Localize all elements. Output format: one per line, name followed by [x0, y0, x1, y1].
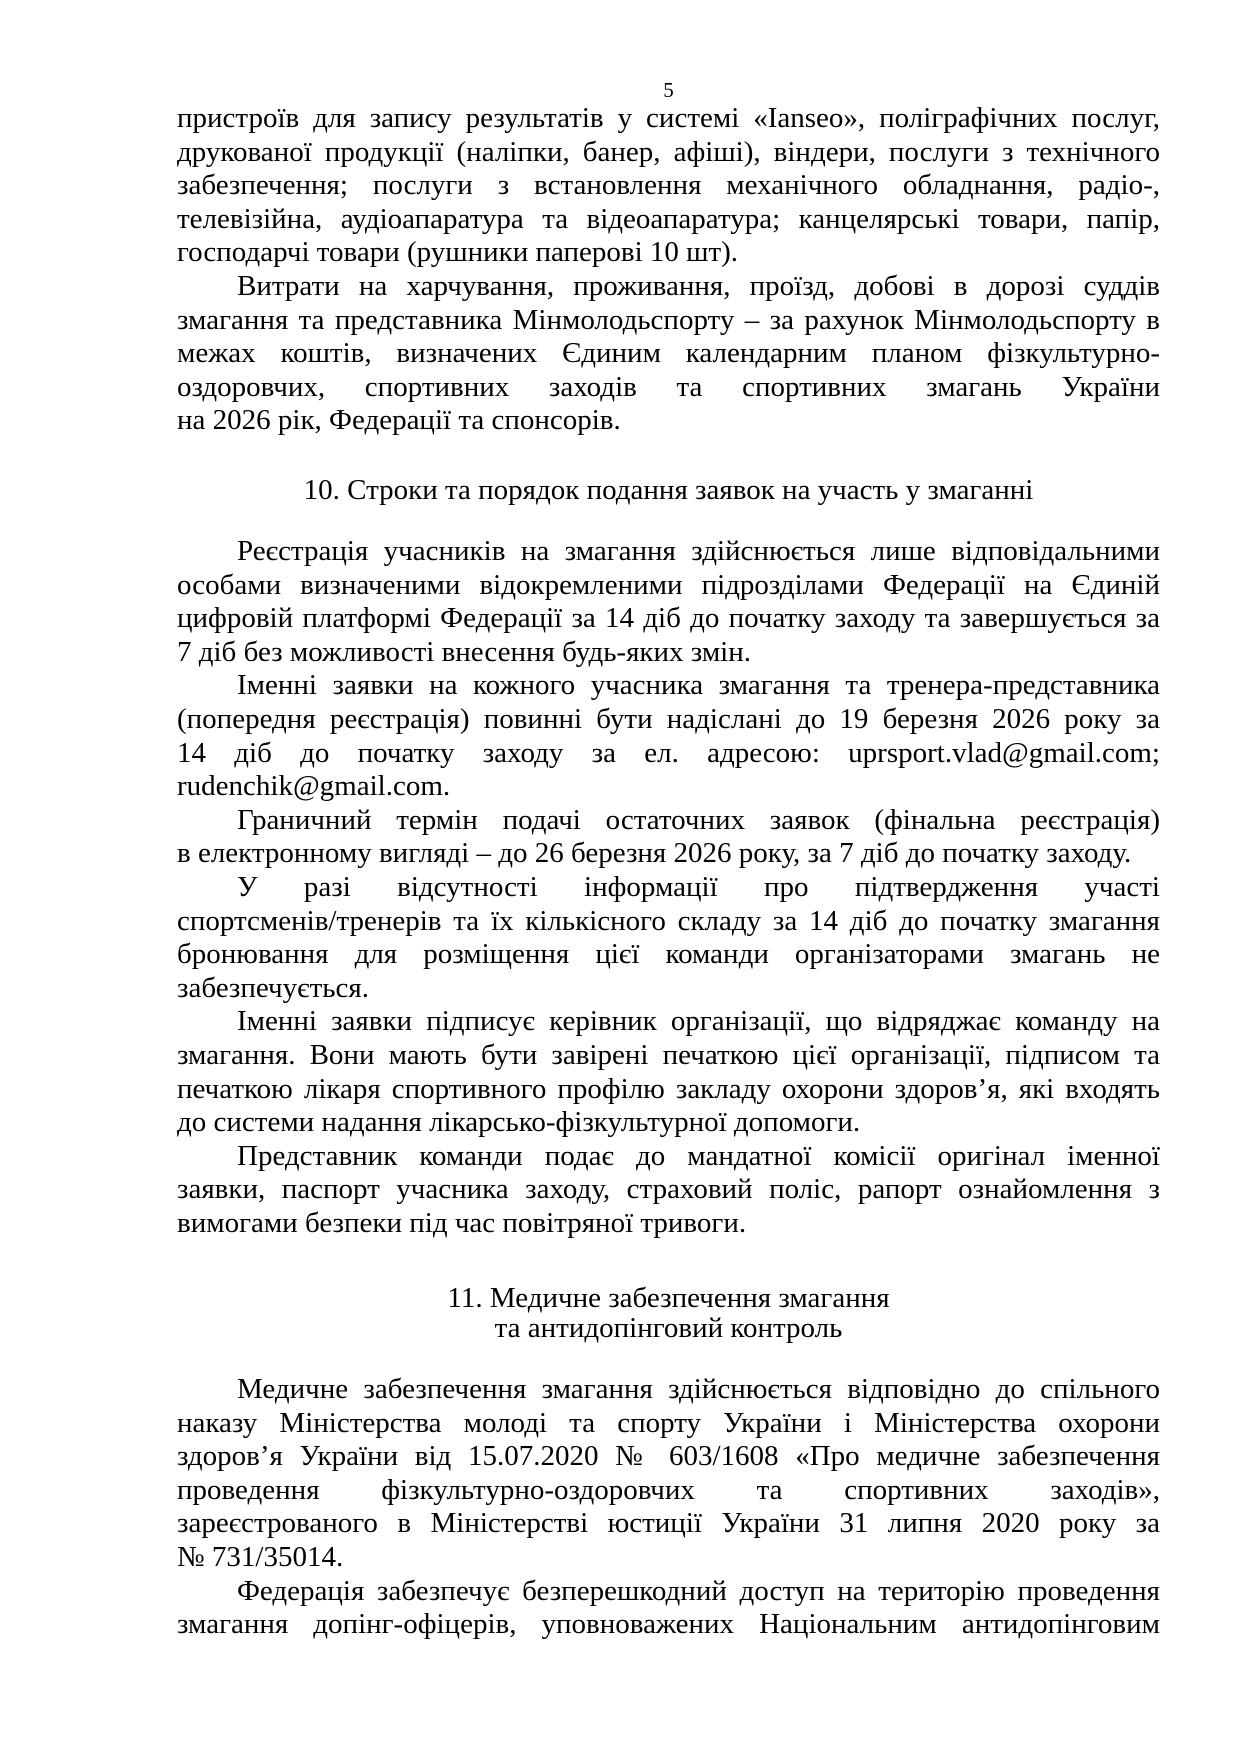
paragraph-line: rudenchik@gmail.com. [177, 770, 1160, 804]
paragraph-line: цифровій платформі Федерації за 14 діб д… [177, 602, 1160, 636]
paragraph-line: межах коштів, визначених Єдиним календар… [177, 337, 1160, 371]
page-number: 5 [177, 78, 1160, 102]
paragraph-line: друкованої продукції (наліпки, банер, аф… [177, 136, 1160, 170]
paragraph-line: вимогами безпеки під час повітряної трив… [177, 1207, 1160, 1241]
paragraph-line: Реєстрація учасників на змагання здійсню… [177, 535, 1160, 569]
paragraph-line: змагання допінг-офіцерів, уповноважених … [177, 1608, 1160, 1642]
paragraph-line: Представник команди подає до мандатної к… [177, 1140, 1160, 1174]
paragraph-final-deadline: Граничний термін подачі остаточних заяво… [177, 804, 1160, 871]
paragraph-doping-access: Федерація забезпечує безперешкодний дост… [177, 1575, 1160, 1642]
paragraph-line: забезпечується. [177, 972, 1160, 1006]
intro-section: пристроїв для запису результатів у систе… [177, 102, 1160, 438]
paragraph-line: забезпечення; послуги з встановлення мех… [177, 169, 1160, 203]
paragraph-line: до системи надання лікарсько-фізкультурн… [177, 1106, 1160, 1140]
paragraph-line: бронювання для розміщення цієї команди о… [177, 938, 1160, 972]
paragraph-line: Федерація забезпечує безперешкодний дост… [177, 1575, 1160, 1609]
heading-line: 10. Строки та порядок подання заявок на … [177, 472, 1160, 508]
paragraph-line: Іменні заявки на кожного учасника змаган… [177, 669, 1160, 703]
paragraph-line: пристроїв для запису результатів у систе… [177, 102, 1160, 136]
paragraph-line: Іменні заявки підписує керівник організа… [177, 1005, 1160, 1039]
paragraph-line: (попередня реєстрація) повинні бути наді… [177, 703, 1160, 737]
paragraph-line: Витрати на харчування, проживання, проїз… [177, 270, 1160, 304]
paragraph-registration: Реєстрація учасників на змагання здійсню… [177, 535, 1160, 669]
document-page: 5 пристроїв для запису результатів у сис… [0, 0, 1241, 1755]
paragraph-line: здоров’я України від 15.07.2020 № 603/16… [177, 1440, 1160, 1474]
paragraph-equipment-continued: пристроїв для запису результатів у систе… [177, 102, 1160, 270]
paragraph-line: 14 діб до початку заходу за ел. адресою:… [177, 737, 1160, 771]
paragraph-line: № 731/35014. [177, 1541, 1160, 1575]
paragraph-line: спортсменів/тренерів та їх кількісного с… [177, 905, 1160, 939]
paragraph-booking-condition: У разі відсутності інформації про підтве… [177, 871, 1160, 1005]
paragraph-line: господарчі товари (рушники паперові 10 ш… [177, 236, 1160, 270]
paragraph-mandate-commission: Представник команди подає до мандатної к… [177, 1140, 1160, 1241]
paragraph-medical-provision: Медичне забезпечення змагання здійснюєть… [177, 1373, 1160, 1575]
paragraph-line: телевізійна, аудіоапаратура та відеоапар… [177, 203, 1160, 237]
paragraph-line: Медичне забезпечення змагання здійснюєть… [177, 1373, 1160, 1407]
paragraph-line: особами визначеними відокремленими підро… [177, 569, 1160, 603]
paragraph-line: на 2026 рік, Федерації та спонсорів. [177, 404, 1160, 438]
paragraph-line: наказу Міністерства молоді та спорту Укр… [177, 1407, 1160, 1441]
section-11-heading: 11. Медичне забезпечення змагання та ант… [177, 1283, 1160, 1343]
paragraph-line: проведення фізкультурно-оздоровчих та сп… [177, 1474, 1160, 1508]
paragraph-judges-expenses: Витрати на харчування, проживання, проїз… [177, 270, 1160, 438]
section-11-body: Медичне забезпечення змагання здійснюєть… [177, 1373, 1160, 1642]
paragraph-line: заявки, паспорт учасника заходу, страхов… [177, 1173, 1160, 1207]
section-10-body: Реєстрація учасників на змагання здійсню… [177, 535, 1160, 1240]
paragraph-line: оздоровчих, спортивних заходів та спорти… [177, 371, 1160, 405]
paragraph-line: змагання. Вони мають бути завірені печат… [177, 1039, 1160, 1073]
paragraph-application-signing: Іменні заявки підписує керівник організа… [177, 1005, 1160, 1139]
paragraph-line: змагання та представника Мінмолодьспорту… [177, 304, 1160, 338]
heading-line: та антидопінговий контроль [177, 1313, 1160, 1343]
heading-line: 11. Медичне забезпечення змагання [177, 1283, 1160, 1313]
paragraph-line: печаткою лікаря спортивного профілю закл… [177, 1073, 1160, 1107]
paragraph-line: в електронному вигляді – до 26 березня 2… [177, 837, 1160, 871]
paragraph-line: Граничний термін подачі остаточних заяво… [177, 804, 1160, 838]
paragraph-line: зареєстрованого в Міністерстві юстиції У… [177, 1507, 1160, 1541]
paragraph-line: У разі відсутності інформації про підтве… [177, 871, 1160, 905]
section-10-heading: 10. Строки та порядок подання заявок на … [177, 472, 1160, 508]
paragraph-line: 7 діб без можливості внесення будь-яких … [177, 636, 1160, 670]
paragraph-preliminary-applications: Іменні заявки на кожного учасника змаган… [177, 669, 1160, 803]
